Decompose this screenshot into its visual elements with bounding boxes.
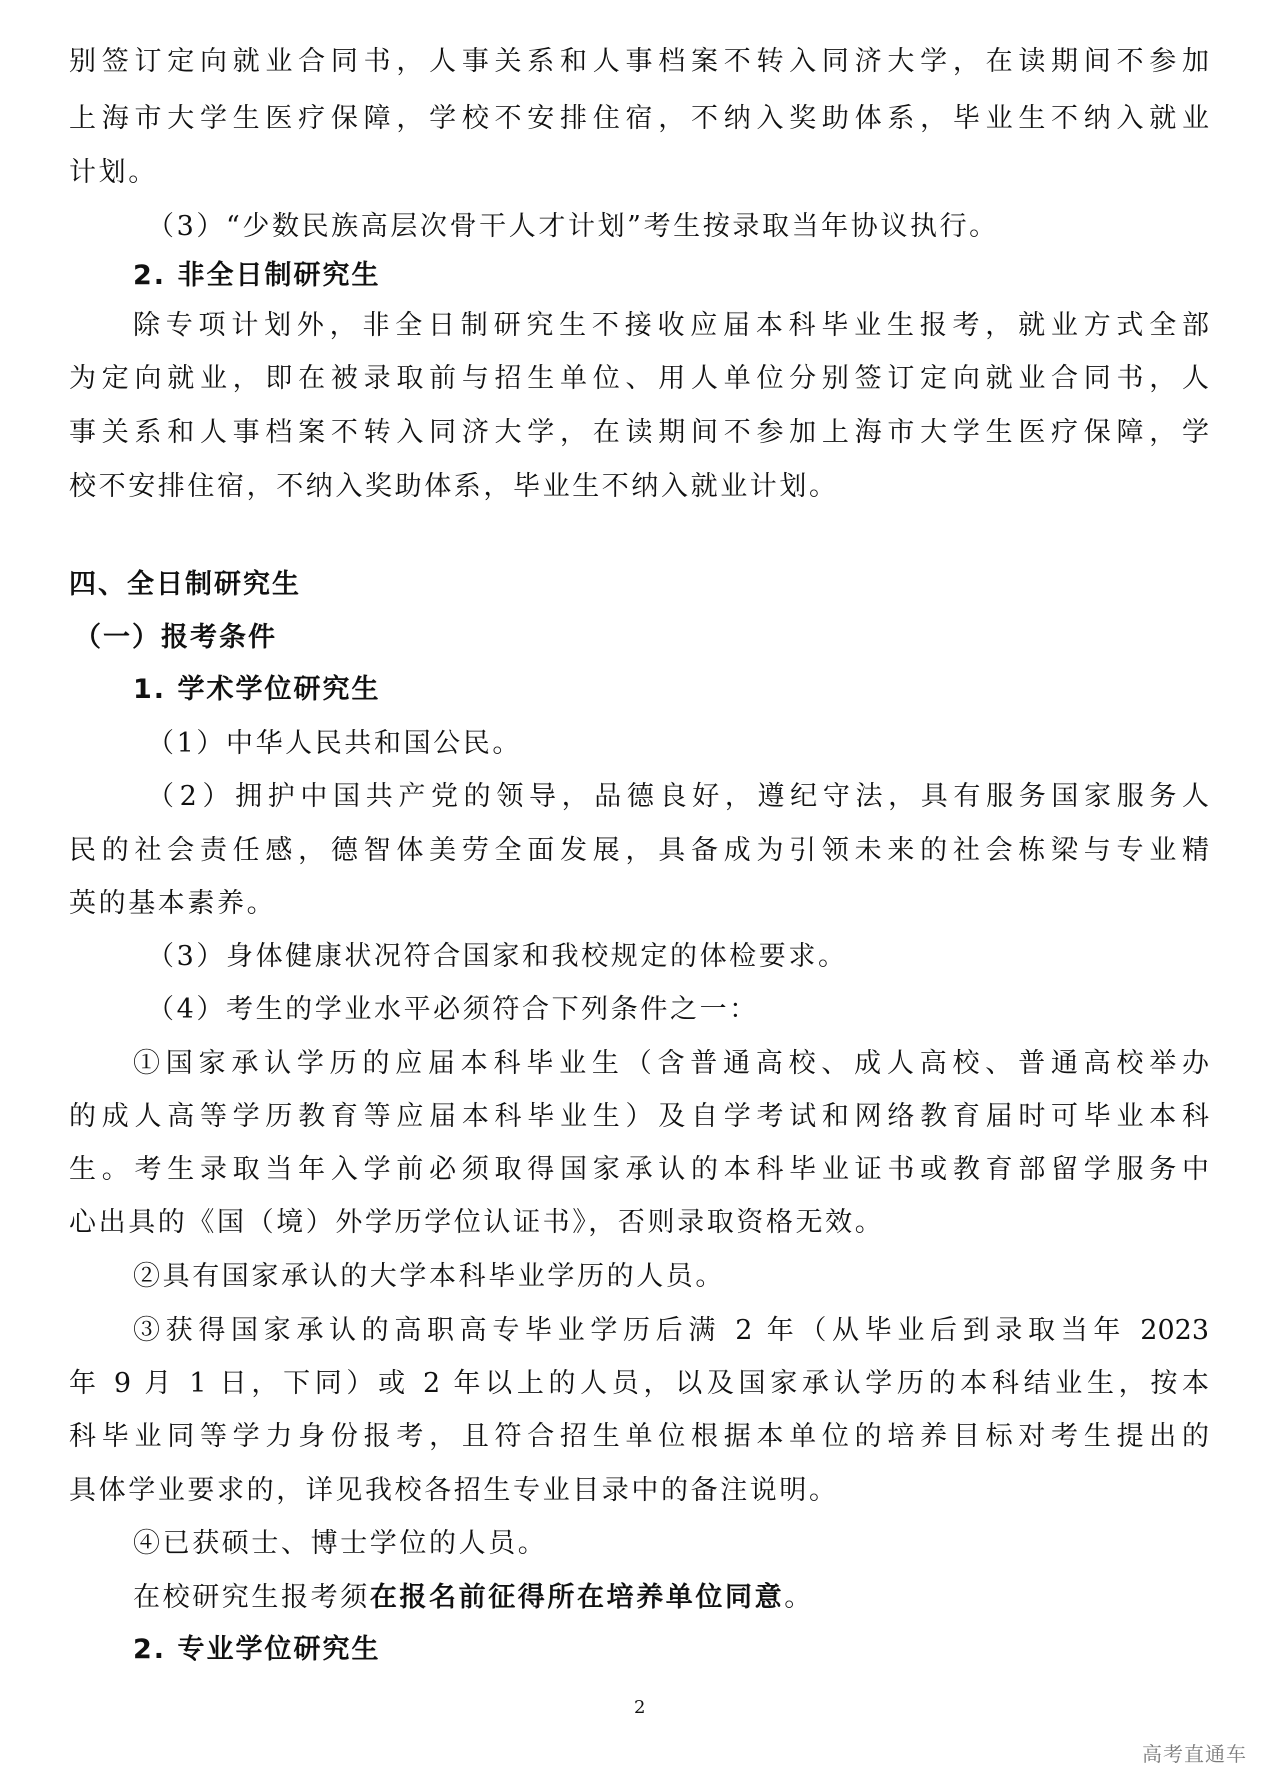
paragraph-line: 科毕业同等学力身份报考，且符合招生单位根据本单位的培养目标对考生提出的 (69, 1419, 1209, 1455)
document-page: 别签订定向就业合同书，人事关系和人事档案不转入同济大学，在读期间不参加 上海市大… (0, 0, 1280, 1767)
condition-3: （3）身体健康状况符合国家和我校规定的体检要求。 (147, 939, 1280, 975)
enrolled-student-note: 在校研究生报考须在报名前征得所在培养单位同意。 (133, 1580, 1273, 1616)
paragraph-line: 事关系和人事档案不转入同济大学，在读期间不参加上海市大学生医疗保障，学 (69, 415, 1209, 451)
paragraph-line: 民的社会责任感，德智体美劳全面发展，具备成为引领未来的社会栋梁与专业精 (69, 833, 1209, 869)
condition-1: （1）中华人民共和国公民。 (147, 726, 1280, 762)
note-end: 。 (784, 1582, 814, 1613)
paragraph-line: 计划。 (69, 155, 1209, 191)
subsection-heading-professional-degree: 2. 专业学位研究生 (133, 1632, 1273, 1668)
criterion-2: ②具有国家承认的大学本科毕业学历的人员。 (133, 1259, 1273, 1295)
condition-4: （4）考生的学业水平必须符合下列条件之一： (147, 992, 1280, 1028)
paragraph-line: 校不安排住宿，不纳入奖助体系，毕业生不纳入就业计划。 (69, 469, 1209, 505)
paragraph-line: 上海市大学生医疗保障，学校不安排住宿，不纳入奖助体系，毕业生不纳入就业 (69, 101, 1209, 137)
page-number: 2 (634, 1697, 645, 1718)
paragraph-line: 生。考生录取当年入学前必须取得国家承认的本科毕业证书或教育部留学服务中 (69, 1152, 1209, 1188)
paragraph-line: 英的基本素养。 (69, 886, 1209, 922)
criterion-1: ①国家承认学历的应届本科毕业生（含普通高校、成人高校、普通高校举办 (133, 1046, 1209, 1082)
chapter-heading-full-time: 四、全日制研究生 (69, 567, 1209, 603)
note-emphasis: 在报名前征得所在培养单位同意 (370, 1582, 784, 1613)
note-text: 在校研究生报考须 (133, 1582, 370, 1613)
subsection-heading-academic-degree: 1. 学术学位研究生 (133, 672, 1273, 708)
watermark: 高考直通车 (1142, 1738, 1247, 1767)
paragraph-line: 的成人高等学历教育等应届本科毕业生）及自学考试和网络教育届时可毕业本科 (69, 1099, 1209, 1135)
paragraph-line: 具体学业要求的，详见我校各招生专业目录中的备注说明。 (69, 1473, 1209, 1509)
paragraph-line: 心出具的《国（境）外学历学位认证书》，否则录取资格无效。 (69, 1205, 1209, 1241)
paragraph-line: 除专项计划外，非全日制研究生不接收应届本科毕业生报考，就业方式全部 (133, 308, 1209, 344)
paragraph-line: 年 9 月 1 日，下同）或 2 年以上的人员，以及国家承认学历的本科结业生，按… (69, 1366, 1209, 1402)
criterion-4: ④已获硕士、博士学位的人员。 (133, 1526, 1273, 1562)
section-heading-application-conditions: （一）报考条件 (74, 620, 1214, 656)
list-item-3-minority-plan: （3）“少数民族高层次骨干人才计划”考生按录取当年协议执行。 (147, 209, 1280, 245)
paragraph-line: 别签订定向就业合同书，人事关系和人事档案不转入同济大学，在读期间不参加 (69, 44, 1209, 80)
condition-2: （2）拥护中国共产党的领导，品德良好，遵纪守法，具有服务国家服务人 (147, 779, 1209, 815)
criterion-3: ③获得国家承认的高职高专毕业学历后满 2 年（从毕业后到录取当年 2023 (133, 1313, 1209, 1349)
paragraph-line: 为定向就业，即在被录取前与招生单位、用人单位分别签订定向就业合同书，人 (69, 361, 1209, 397)
section-heading-part-time: 2. 非全日制研究生 (133, 258, 1273, 294)
